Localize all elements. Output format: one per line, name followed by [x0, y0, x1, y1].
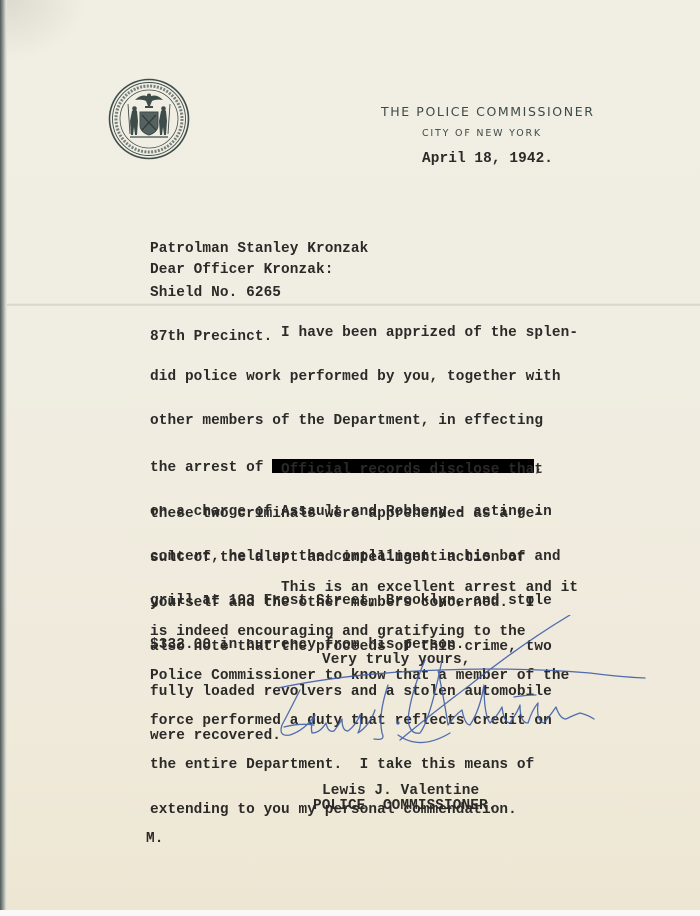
letter-date: April 18, 1942.: [422, 152, 553, 167]
paper-left-edge: [0, 0, 7, 916]
letter-page: THE POLICE COMMISSIONER CITY OF NEW YORK…: [0, 0, 700, 916]
city-seal-icon: [108, 78, 190, 160]
paragraph-line: these two criminals were apprehended as …: [150, 507, 552, 522]
paragraph-line: Official records disclose that: [150, 463, 552, 478]
signer-name: Lewis J. Valentine: [322, 784, 479, 799]
paragraph-line: This is an excellent arrest and it: [150, 581, 578, 596]
letterhead-subtitle: CITY OF NEW YORK: [422, 128, 542, 139]
paragraph-line: I have been apprized of the splen-: [150, 326, 578, 341]
paragraph-line: other members of the Department, in effe…: [150, 414, 578, 429]
signer-title: POLICE COMMISSIONER.: [313, 799, 496, 814]
paragraph-line: did police work performed by you, togeth…: [150, 370, 578, 385]
typist-initial: M.: [146, 832, 163, 847]
paper-shadow: [7, 0, 87, 60]
salutation: Dear Officer Kronzak:: [150, 263, 333, 278]
recipient-name: Patrolman Stanley Kronzak: [150, 242, 368, 257]
letterhead-title: THE POLICE COMMISSIONER: [381, 104, 594, 119]
paper-bottom-edge: [0, 910, 700, 916]
handwritten-signature-icon: [270, 615, 650, 765]
